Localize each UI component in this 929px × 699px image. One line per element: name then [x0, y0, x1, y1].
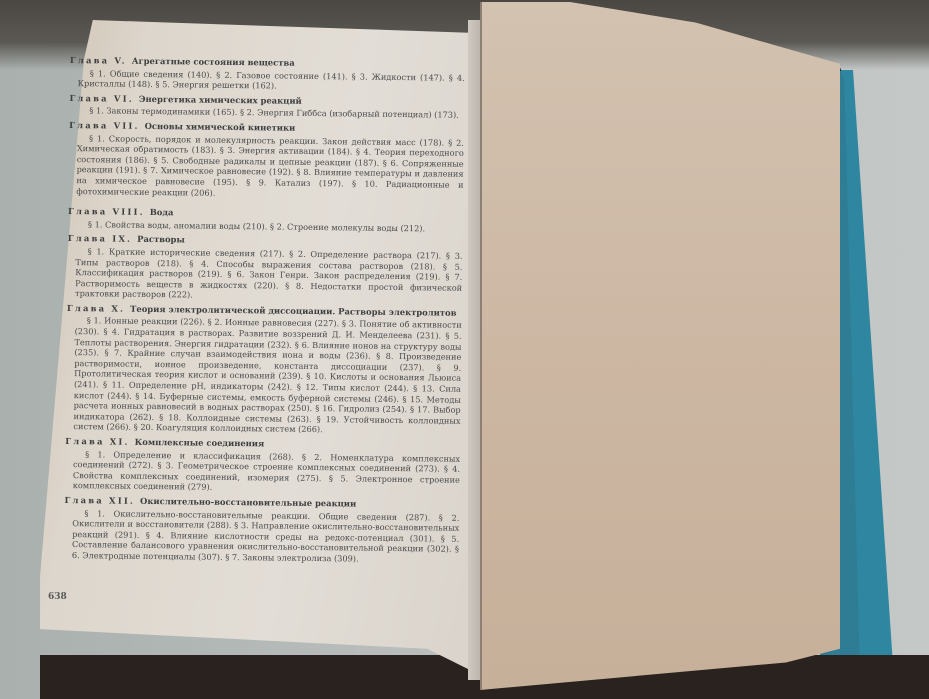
chapter-title: Комплексные соединения — [135, 437, 265, 449]
chapter-label: Глава VII. — [69, 120, 140, 131]
chapter-8: Глава VIII.Вода § 1. Свойства воды, аном… — [68, 206, 463, 234]
chapter-sections: § 1. Общие сведения (140). § 2. Газовое … — [70, 68, 465, 94]
chapter-sections: § 1. Скорость, порядок и молекулярность … — [68, 133, 464, 201]
chapter-sections: § 1. Краткие исторические сведения (217)… — [67, 246, 463, 304]
chapter-12: Глава XII.Окислительно-восстановительные… — [64, 495, 460, 565]
right-page-blank — [480, 2, 840, 690]
chapter-label: Глава VIII. — [68, 206, 145, 217]
chapter-title: Основы химической кинетики — [145, 121, 296, 133]
chapter-title: Растворы — [137, 234, 185, 245]
chapter-title: Агрегатные состояния вещества — [132, 56, 295, 68]
book-gutter — [468, 20, 482, 680]
chapter-label: Глава IX. — [68, 233, 133, 244]
chapter-sections: § 1. Определение и классификация (268). … — [65, 449, 460, 496]
table-of-contents: Глава V.Агрегатные состояния вещества § … — [64, 55, 465, 569]
chapter-title: Энергетика химических реакций — [139, 94, 302, 106]
chapter-sections: § 1. Законы термодинамики (165). § 2. Эн… — [69, 105, 464, 120]
chapter-title: Вода — [150, 207, 174, 217]
chapter-label: Глава XII. — [65, 495, 136, 506]
chapter-sections: § 1. Свойства воды, аномалии воды (210).… — [68, 219, 463, 234]
chapter-5: Глава V.Агрегатные состояния вещества § … — [70, 55, 465, 94]
chapter-7: Глава VII.Основы химической кинетики § 1… — [68, 120, 464, 201]
chapter-label: Глава XI. — [65, 436, 130, 447]
chapter-label: Глава VI. — [69, 93, 134, 104]
chapter-9: Глава IX.Растворы § 1. Краткие историчес… — [67, 233, 463, 303]
chapter-label: Глава V. — [70, 55, 127, 66]
page-number: 638 — [48, 592, 67, 602]
chapter-label: Глава X. — [67, 303, 125, 314]
chapter-title: Теория электролитической диссоциации. Ра… — [130, 304, 456, 318]
chapter-10: Глава X.Теория электролитической диссоци… — [65, 303, 462, 437]
chapter-sections: § 1. Окислительно-восстановительные реак… — [64, 508, 460, 566]
chapter-title: Окислительно-восстановительные реакции — [140, 496, 356, 509]
chapter-6: Глава VI.Энергетика химических реакций §… — [69, 93, 464, 121]
chapter-sections: § 1. Ионные реакции (226). § 2. Ионные р… — [65, 315, 461, 436]
chapter-11: Глава XI.Комплексные соединения § 1. Опр… — [65, 436, 461, 496]
